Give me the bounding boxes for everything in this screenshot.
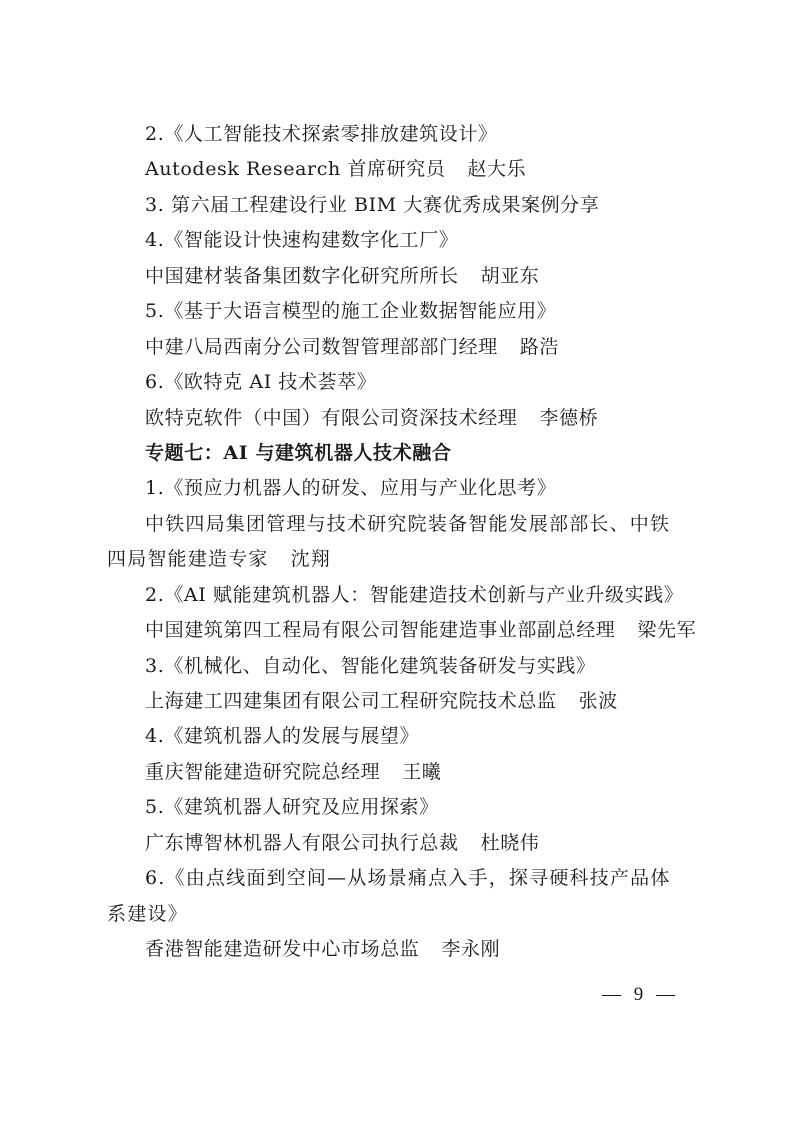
talk-title: 6.《由点线面到空间—从场景痛点入手，探寻硬科技产品体系建设》 — [107, 861, 689, 932]
speaker-line: 中铁四局集团管理与技术研究院装备智能发展部部长、中铁四局智能建造专家沈翔 — [107, 507, 689, 578]
talk-title: 1.《预应力机器人的研发、应用与产业化思考》 — [107, 471, 689, 506]
speaker-name: 梁先军 — [637, 619, 696, 641]
speaker-name: 沈翔 — [291, 548, 331, 570]
speaker-name: 路浩 — [520, 336, 559, 358]
speaker-line: 上海建工四建集团有限公司工程研究院技术总监张波 — [107, 684, 689, 719]
speaker-org: 中建八局西南分公司数智管理部部门经理 — [145, 336, 498, 358]
speaker-line: Autodesk Research 首席研究员赵大乐 — [107, 152, 689, 187]
speaker-name: 李永刚 — [441, 938, 500, 960]
talk-title: 4.《建筑机器人的发展与展望》 — [107, 719, 689, 754]
talk-title: 3.《机械化、自动化、智能化建筑装备研发与实践》 — [107, 649, 689, 684]
talk-title: 4.《智能设计快速构建数字化工厂》 — [107, 223, 689, 258]
talk-title: 2.《AI 赋能建筑机器人：智能建造技术创新与产业升级实践》 — [107, 578, 689, 613]
document-page: 2.《人工智能技术探索零排放建筑设计》 Autodesk Research 首席… — [107, 117, 689, 968]
speaker-name: 赵大乐 — [467, 158, 526, 180]
talk-title: 5.《建筑机器人研究及应用探索》 — [107, 790, 689, 825]
speaker-org: 欧特克软件（中国）有限公司资深技术经理 — [145, 407, 517, 429]
speaker-org: Autodesk Research 首席研究员 — [145, 158, 445, 180]
speaker-org: 重庆智能建造研究院总经理 — [145, 761, 380, 783]
speaker-line: 中国建筑第四工程局有限公司智能建造事业部副总经理梁先军 — [107, 613, 689, 648]
page-number: — 9 — — [602, 984, 679, 1006]
speaker-org: 广东博智林机器人有限公司执行总裁 — [145, 832, 459, 854]
speaker-name: 胡亚东 — [481, 265, 540, 287]
speaker-org: 上海建工四建集团有限公司工程研究院技术总监 — [145, 690, 557, 712]
speaker-line: 中建八局西南分公司数智管理部部门经理路浩 — [107, 330, 689, 365]
speaker-org: 中铁四局集团管理与技术研究院装备智能发展部部长、中铁四局智能建造专家 — [107, 513, 670, 570]
speaker-line: 欧特克软件（中国）有限公司资深技术经理李德桥 — [107, 401, 689, 436]
section-heading: 专题七：AI 与建筑机器人技术融合 — [107, 436, 689, 471]
speaker-line: 中国建材装备集团数字化研究所所长胡亚东 — [107, 259, 689, 294]
talk-title: 2.《人工智能技术探索零排放建筑设计》 — [107, 117, 689, 152]
speaker-org: 中国建材装备集团数字化研究所所长 — [145, 265, 459, 287]
speaker-line: 广东博智林机器人有限公司执行总裁杜晓伟 — [107, 826, 689, 861]
speaker-name: 李德桥 — [539, 407, 598, 429]
talk-title: 3. 第六届工程建设行业 BIM 大赛优秀成果案例分享 — [107, 188, 689, 223]
speaker-line: 重庆智能建造研究院总经理王曦 — [107, 755, 689, 790]
speaker-name: 王曦 — [402, 761, 441, 783]
talk-title: 6.《欧特克 AI 技术荟萃》 — [107, 365, 689, 400]
speaker-name: 杜晓伟 — [481, 832, 540, 854]
speaker-org: 香港智能建造研发中心市场总监 — [145, 938, 419, 960]
speaker-name: 张波 — [579, 690, 618, 712]
speaker-line: 香港智能建造研发中心市场总监李永刚 — [107, 932, 689, 967]
talk-title: 5.《基于大语言模型的施工企业数据智能应用》 — [107, 294, 689, 329]
speaker-org: 中国建筑第四工程局有限公司智能建造事业部副总经理 — [145, 619, 615, 641]
